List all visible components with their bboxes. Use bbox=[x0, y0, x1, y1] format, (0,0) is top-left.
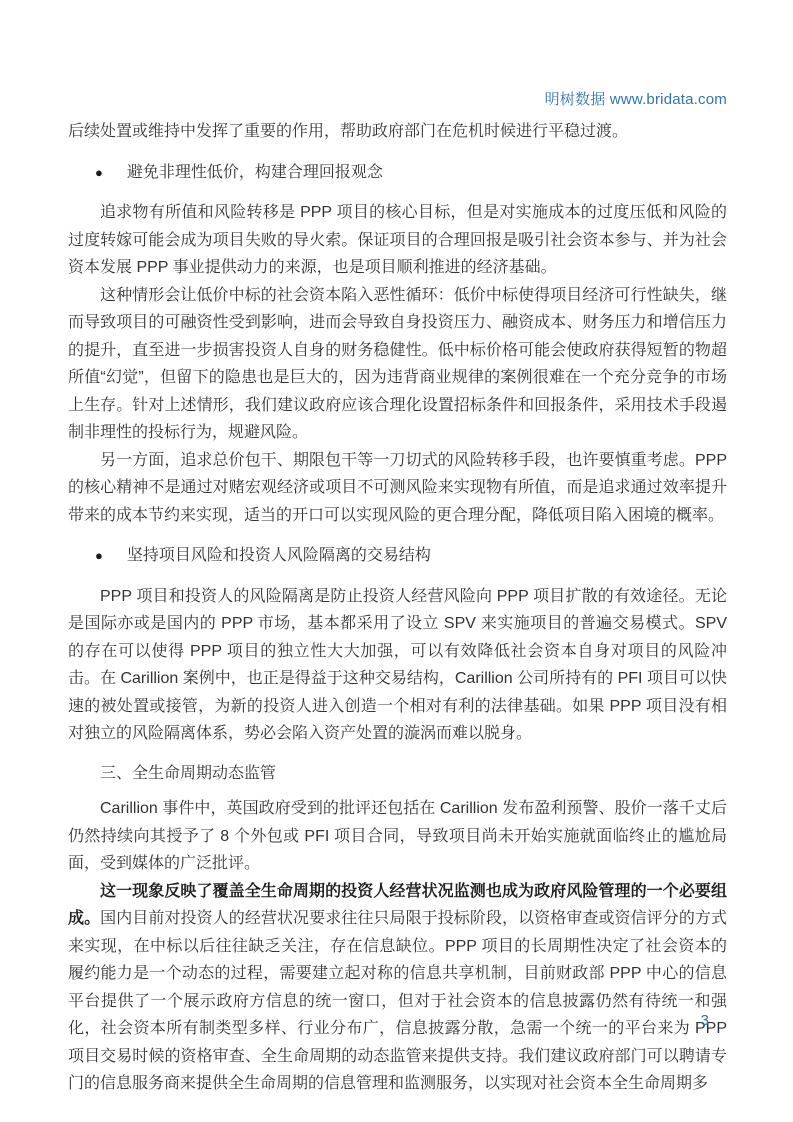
paragraph-lifecycle-monitoring: 这一现象反映了覆盖全生命周期的投资人经营状况监测也成为政府风险管理的一个必要组成… bbox=[68, 878, 727, 1098]
bullet-item-rational-pricing: ● 避免非理性低价，构建合理回报观念 bbox=[68, 159, 727, 187]
bullet-icon: ● bbox=[95, 159, 103, 187]
paragraph-vicious-cycle: 这种情形会让低价中标的社会资本陷入恶性循环：低价中标使得项目经济可行性缺失，继而… bbox=[68, 282, 727, 447]
paragraph-lump-sum-risk: 另一方面，追求总价包干、期限包干等一刀切式的风险转移手段，也许要慎重考虑。PPP… bbox=[68, 447, 727, 530]
bullet-label: 避免非理性低价，构建合理回报观念 bbox=[127, 159, 383, 187]
bullet-label: 坚持项目风险和投资人风险隔离的交易结构 bbox=[127, 542, 431, 570]
document-body: 后续处置或维持中发挥了重要的作用，帮助政府部门在危机时候进行平稳过渡。 ● 避免… bbox=[68, 118, 727, 1098]
section-heading-lifecycle-supervision: 三、全生命周期动态监管 bbox=[68, 760, 727, 788]
paragraph-body-text: 国内目前对投资人的经营状况要求往往只局限于投标阶段，以资格审查或资信评分的方式来… bbox=[68, 910, 727, 1092]
paragraph-spv-isolation: PPP 项目和投资人的风险隔离是防止投资人经营风险向 PPP 项目扩散的有效途径… bbox=[68, 583, 727, 748]
brand-watermark: 明树数据 www.bridata.com bbox=[545, 91, 727, 108]
page-number: 3 bbox=[701, 1012, 709, 1029]
bullet-icon: ● bbox=[95, 542, 103, 570]
document-page: 明树数据 www.bridata.com 后续处置或维持中发挥了重要的作用，帮助… bbox=[0, 0, 793, 1122]
paragraph-reasonable-return: 追求物有所值和风险转移是 PPP 项目的核心目标，但是对实施成本的过度压低和风险… bbox=[68, 199, 727, 282]
paragraph-continuation: 后续处置或维持中发挥了重要的作用，帮助政府部门在危机时候进行平稳过渡。 bbox=[68, 118, 727, 146]
bullet-item-risk-isolation: ● 坚持项目风险和投资人风险隔离的交易结构 bbox=[68, 542, 727, 570]
page-header: 明树数据 www.bridata.com bbox=[68, 90, 727, 110]
page-footer: 3 bbox=[701, 1012, 709, 1029]
paragraph-carillion-criticism: Carillion 事件中，英国政府受到的批评还包括在 Carillion 发布… bbox=[68, 795, 727, 878]
